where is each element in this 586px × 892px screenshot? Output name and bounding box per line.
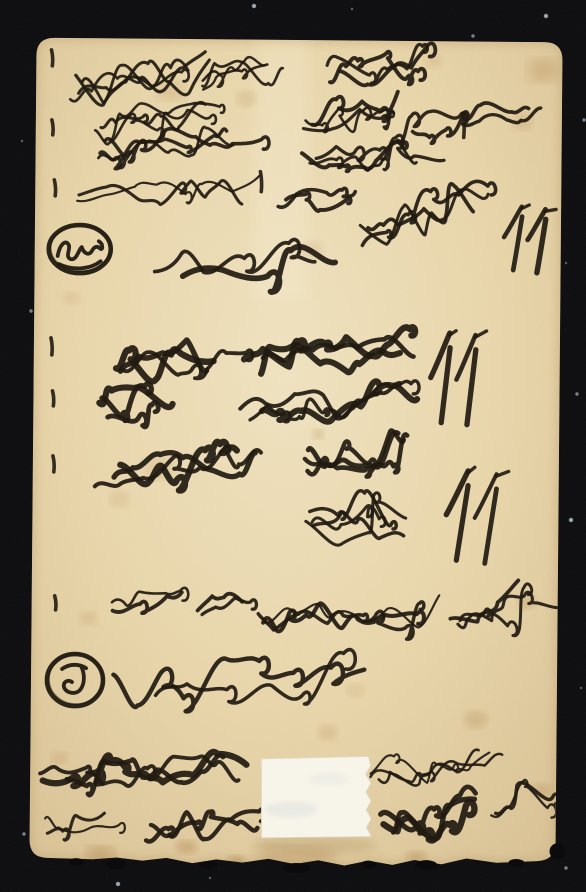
- photo-stage: [0, 0, 586, 892]
- sticker-label: [253, 755, 377, 855]
- postcard: [29, 36, 572, 875]
- postcard-paper: [29, 38, 562, 868]
- scanned-postcard-photo: [0, 0, 586, 892]
